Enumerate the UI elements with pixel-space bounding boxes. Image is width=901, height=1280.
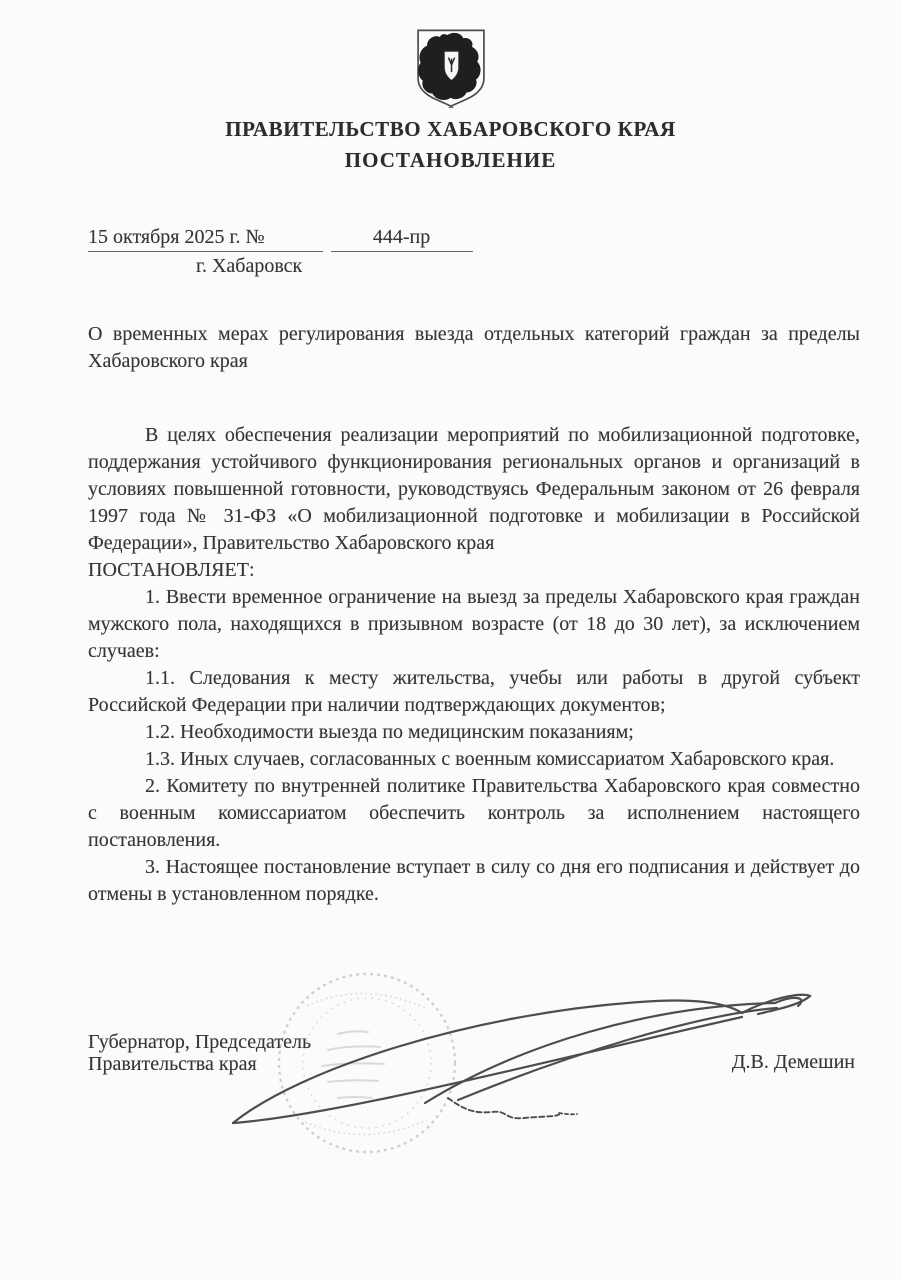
signer-name: Д.В. Демешин — [732, 1051, 855, 1075]
document-number: 444-пр — [331, 226, 473, 252]
paragraph-item-3: 3. Настоящее постановление вступает в си… — [88, 854, 860, 908]
document-page: ПРАВИТЕЛЬСТВО ХАБАРОВСКОГО КРАЯ ПОСТАНОВ… — [0, 0, 901, 1280]
signer-title-line1: Губернатор, Председатель — [88, 1031, 311, 1053]
paragraph-item-1: 1. Ввести временное ограничение на выезд… — [88, 584, 860, 665]
city-label: г. Хабаровск — [88, 255, 860, 278]
signer-title: Губернатор, Председатель Правительства к… — [88, 1031, 311, 1075]
meta-block: 15 октября 2025 г. № 444-пр г. Хабаровск — [88, 226, 860, 278]
paragraph-item-2: 2. Комитету по внутренней политике Прави… — [88, 773, 860, 854]
paragraph-item-1-3: 1.3. Иных случаев, согласованных с военн… — [88, 746, 860, 773]
paragraph-item-1-1: 1.1. Следования к месту жительства, учеб… — [88, 665, 860, 719]
signer-title-line2: Правительства края — [88, 1053, 311, 1075]
paragraph-item-1-2: 1.2. Необходимости выезда по медицинским… — [88, 719, 860, 746]
doc-type-title: ПОСТАНОВЛЕНИЕ — [0, 145, 901, 175]
org-name: ПРАВИТЕЛЬСТВО ХАБАРОВСКОГО КРАЯ — [0, 116, 901, 142]
coat-of-arms-icon — [416, 28, 486, 108]
date-number-row: 15 октября 2025 г. № 444-пр — [88, 226, 860, 252]
document-header: ПРАВИТЕЛЬСТВО ХАБАРОВСКОГО КРАЯ ПОСТАНОВ… — [0, 0, 901, 175]
date-field: 15 октября 2025 г. № — [88, 226, 323, 252]
paragraph-preamble: В целях обеспечения реализации мероприят… — [88, 422, 860, 557]
document-subject: О временных мерах регулирования выезда о… — [88, 321, 860, 375]
document-body: В целях обеспечения реализации мероприят… — [88, 422, 860, 908]
paragraph-resolves: ПОСТАНОВЛЯЕТ: — [88, 557, 860, 584]
signature-block: Губернатор, Председатель Правительства к… — [88, 1031, 855, 1075]
